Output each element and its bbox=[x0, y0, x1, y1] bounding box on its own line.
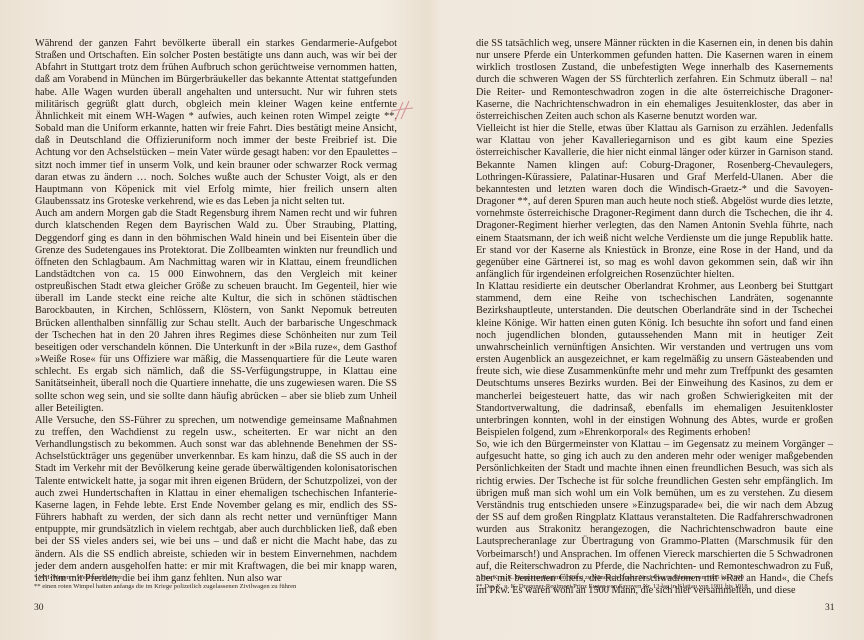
page-number-right: 31 bbox=[825, 603, 835, 613]
page-number-left: 30 bbox=[34, 603, 44, 613]
paragraph: Vielleicht ist hier die Stelle, etwas üb… bbox=[476, 123, 833, 281]
book-spread: Während der ganzen Fahrt bevölkerte über… bbox=[0, 0, 864, 640]
right-page-body: die SS tatsächlich weg, unsere Männer rü… bbox=[476, 38, 833, 597]
left-page-body: Während der ganzen Fahrt bevölkerte über… bbox=[35, 38, 397, 585]
footnote: * WH-Wagen = Wehrmacht-Heer bbox=[34, 574, 404, 583]
paragraph: Alle Versuche, den SS-Führer zu sprechen… bbox=[35, 415, 397, 585]
paragraph: Auch am andern Morgen gab die Stadt Rege… bbox=[35, 208, 397, 415]
footnote: ** einen roten Wimpel hatten anfangs die… bbox=[34, 583, 404, 592]
right-page: die SS tatsächlich weg, unsere Männer rü… bbox=[432, 0, 864, 640]
footnote: ** Das K. u. K. Dragoner-Regiment Prinz … bbox=[476, 583, 832, 592]
paragraph: In Klattau residierte ein deutscher Ober… bbox=[476, 281, 833, 439]
right-page-footnotes: * Das K. u. K. Dragoner-Regiment Fürst z… bbox=[476, 574, 832, 591]
left-page: Während der ganzen Fahrt bevölkerte über… bbox=[0, 0, 432, 640]
paragraph: Während der ganzen Fahrt bevölkerte über… bbox=[35, 38, 397, 208]
left-page-footnotes: * WH-Wagen = Wehrmacht-Heer ** einen rot… bbox=[34, 574, 404, 591]
paragraph: die SS tatsächlich weg, unsere Männer rü… bbox=[476, 38, 833, 123]
footnote: * Das K. u. K. Dragoner-Regiment Fürst z… bbox=[476, 574, 832, 583]
